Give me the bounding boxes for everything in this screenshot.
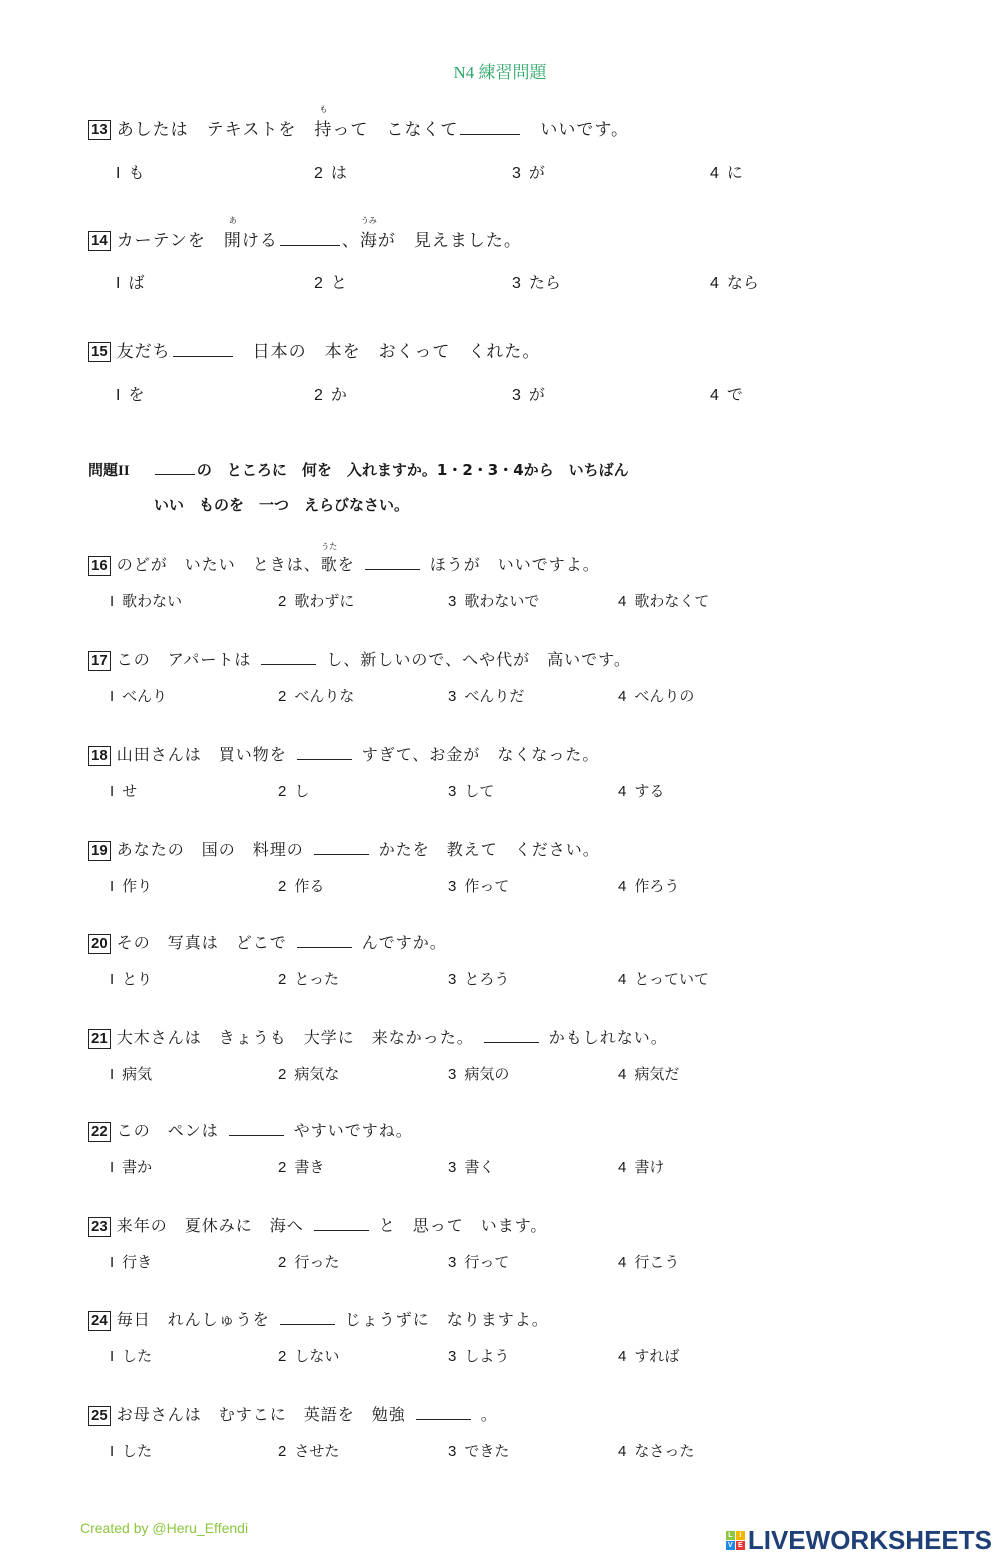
- option-label: 行った: [294, 1253, 339, 1271]
- option-4[interactable]: 4歌わなくて: [618, 590, 709, 611]
- ruby-word: あ開: [224, 226, 242, 251]
- creator-credit: Created by @Heru_Effendi: [80, 1520, 248, 1536]
- instruction-text: の ところに 何を 入れますか。1・2・3・4から いちばん: [197, 461, 629, 479]
- option-number: I: [110, 783, 114, 800]
- section-label: 問題II: [88, 463, 130, 479]
- option-label: 病気だ: [634, 1065, 679, 1083]
- logo-letter: I: [736, 1531, 745, 1540]
- logo-text: LIVEWORKSHEETS: [748, 1525, 992, 1556]
- option-number: I: [110, 1443, 114, 1460]
- option-number: I: [110, 971, 114, 988]
- option-1[interactable]: I作り: [110, 875, 152, 896]
- option-label: とった: [294, 970, 339, 988]
- option-3[interactable]: 3書く: [448, 1156, 494, 1177]
- answer-blank[interactable]: [314, 1214, 369, 1231]
- question-19: 19あなたの 国の 料理のかたを 教えて ください。: [88, 837, 600, 867]
- option-2[interactable]: 2しない: [278, 1345, 339, 1366]
- question-number: 15: [88, 342, 111, 362]
- option-number: 4: [618, 688, 626, 705]
- option-4[interactable]: 4作ろう: [618, 875, 679, 896]
- option-3[interactable]: 3病気の: [448, 1063, 509, 1084]
- option-3[interactable]: 3行って: [448, 1251, 509, 1272]
- option-2[interactable]: 2作る: [278, 875, 324, 896]
- option-number: 3: [448, 593, 456, 610]
- option-number: 2: [314, 165, 323, 182]
- option-4[interactable]: 4書け: [618, 1156, 664, 1177]
- option-1[interactable]: Iした: [110, 1440, 152, 1461]
- option-number: 2: [278, 688, 286, 705]
- option-label: とり: [122, 970, 152, 988]
- option-label: しよう: [464, 1347, 509, 1365]
- question-text: かもしれない。: [549, 1028, 668, 1047]
- ruby-word: うた歌: [321, 552, 338, 575]
- option-label: 病気な: [294, 1065, 339, 1083]
- option-number: 3: [512, 275, 521, 292]
- question-text: あなたの 国の 料理の: [117, 840, 304, 859]
- option-2[interactable]: 2し: [278, 780, 309, 801]
- question-text: 日本の 本を おくって くれた。: [235, 342, 541, 362]
- question-text: が 見えました。: [378, 231, 522, 251]
- option-number: 3: [448, 1443, 456, 1460]
- instruction-text-line2: いい ものを 一つ えらびなさい。: [88, 494, 629, 516]
- option-number: I: [116, 165, 120, 182]
- question-text: んですか。: [362, 933, 447, 952]
- option-1[interactable]: Iした: [110, 1345, 152, 1366]
- option-label: 歌わなくて: [634, 592, 709, 610]
- question-text: し、新しいので、へや代が 高いです。: [326, 650, 630, 669]
- option-label: できた: [464, 1442, 509, 1460]
- option-number: 3: [448, 1159, 456, 1176]
- ruby-word: うみ海: [360, 226, 378, 251]
- answer-blank[interactable]: [314, 838, 369, 855]
- option-number: 2: [278, 971, 286, 988]
- question-text: この ペンは: [117, 1121, 219, 1140]
- option-3[interactable]: 3が: [512, 160, 545, 183]
- question-24: 24毎日 れんしゅうをじょうずに なりますよ。: [88, 1307, 549, 1337]
- option-1[interactable]: Iとり: [110, 968, 152, 989]
- option-number: 2: [314, 387, 323, 404]
- option-label: 書く: [464, 1158, 494, 1176]
- option-2[interactable]: 2書き: [278, 1156, 324, 1177]
- option-label: 行こう: [634, 1253, 679, 1271]
- ruby-word: も持: [314, 115, 332, 140]
- option-label: か: [331, 385, 347, 404]
- options-20: Iとり2とった3とろう4とっていて: [88, 968, 808, 994]
- logo-letter: E: [736, 1541, 745, 1550]
- option-3[interactable]: 3が: [512, 382, 545, 405]
- option-number: 3: [448, 783, 456, 800]
- option-number: 2: [278, 783, 286, 800]
- option-2[interactable]: 2と: [314, 270, 347, 293]
- option-4[interactable]: 4病気だ: [618, 1063, 679, 1084]
- option-number: 4: [618, 1443, 626, 1460]
- options-24: Iした2しない3しよう4すれば: [88, 1345, 808, 1371]
- option-3[interactable]: 3できた: [448, 1440, 509, 1461]
- question-number: 17: [88, 651, 111, 671]
- option-3[interactable]: 3たら: [512, 270, 561, 293]
- options-16: I歌わない2歌わずに3歌わないで4歌わなくて: [88, 590, 808, 616]
- option-3[interactable]: 3とろう: [448, 968, 509, 989]
- option-number: I: [116, 387, 120, 404]
- question-text: すぎて、お金が なくなった。: [362, 745, 600, 764]
- option-number: 3: [448, 971, 456, 988]
- question-number: 23: [88, 1217, 111, 1237]
- options-19: I作り2作る3作って4作ろう: [88, 875, 808, 901]
- options-18: Iせ2し3して4する: [88, 780, 808, 806]
- option-label: が: [529, 163, 545, 182]
- option-4[interactable]: 4に: [710, 160, 743, 183]
- option-label: とろう: [464, 970, 509, 988]
- question-text: ける: [242, 231, 278, 251]
- option-1[interactable]: Iを: [116, 382, 144, 405]
- option-number: 4: [710, 387, 719, 404]
- options-14: Iば 2と 3たら 4なら: [88, 270, 808, 296]
- answer-blank[interactable]: [297, 743, 352, 760]
- answer-blank[interactable]: [280, 229, 340, 246]
- question-text: カーテンを: [117, 231, 224, 251]
- option-label: させた: [294, 1442, 339, 1460]
- question-text: 毎日 れんしゅうを: [117, 1310, 270, 1329]
- option-1[interactable]: Iべんり: [110, 685, 167, 706]
- option-label: は: [331, 163, 347, 182]
- option-number: I: [110, 688, 114, 705]
- option-number: I: [110, 878, 114, 895]
- question-20: 20その 写真は どこでんですか。: [88, 930, 447, 960]
- question-text: その 写真は どこで: [117, 933, 287, 952]
- question-23: 23来年の 夏休みに 海へと 思って います。: [88, 1213, 547, 1243]
- option-label: べんりだ: [464, 687, 524, 705]
- logo-letter: L: [726, 1531, 735, 1540]
- option-label: も: [128, 163, 144, 182]
- page-title: N4 練習問題: [0, 58, 1000, 83]
- question-15: 15友だち 日本の 本を おくって くれた。: [88, 337, 540, 367]
- option-number: 3: [512, 165, 521, 182]
- answer-blank[interactable]: [173, 340, 233, 357]
- question-14: 14カーテンを あ開ける、うみ海が 見えました。: [88, 226, 522, 256]
- option-number: 2: [278, 593, 286, 610]
- option-number: 4: [618, 783, 626, 800]
- option-number: 4: [618, 1066, 626, 1083]
- logo-icon: L I V E: [726, 1531, 745, 1550]
- option-number: I: [110, 593, 114, 610]
- option-number: 3: [448, 688, 456, 705]
- option-4[interactable]: 4なさった: [618, 1440, 694, 1461]
- option-label: が: [529, 385, 545, 404]
- option-label: 作り: [122, 877, 152, 895]
- logo-letter: V: [726, 1541, 735, 1550]
- options-25: Iした2させた3できた4なさった: [88, 1440, 808, 1466]
- section-instruction: 問題II の ところに 何を 入れますか。1・2・3・4から いちばん いい も…: [88, 458, 629, 516]
- option-label: 歌わない: [122, 592, 182, 610]
- question-text: 大木さんは きょうも 大学に 来なかった。: [117, 1028, 474, 1047]
- question-number: 19: [88, 841, 111, 861]
- option-number: I: [110, 1159, 114, 1176]
- option-label: 病気の: [464, 1065, 509, 1083]
- option-label: する: [634, 782, 664, 800]
- option-3[interactable]: 3べんりだ: [448, 685, 524, 706]
- option-label: なら: [727, 273, 759, 292]
- option-3[interactable]: 3作って: [448, 875, 509, 896]
- question-18: 18山田さんは 買い物をすぎて、お金が なくなった。: [88, 742, 599, 772]
- option-label: 作ろう: [634, 877, 679, 895]
- answer-blank[interactable]: [261, 648, 316, 665]
- options-21: I病気2病気な3病気の4病気だ: [88, 1063, 808, 1089]
- option-label: たら: [529, 273, 561, 292]
- answer-blank[interactable]: [280, 1308, 335, 1325]
- question-text: 。: [481, 1405, 498, 1424]
- option-2[interactable]: 2か: [314, 382, 347, 405]
- question-text: 来年の 夏休みに 海へ: [117, 1216, 304, 1235]
- option-3[interactable]: 3して: [448, 780, 494, 801]
- option-4[interactable]: 4なら: [710, 270, 759, 293]
- question-text: 山田さんは 買い物を: [117, 745, 287, 764]
- options-13: Iも 2は 3が 4に: [88, 160, 808, 186]
- answer-blank[interactable]: [365, 553, 420, 570]
- option-4[interactable]: 4する: [618, 780, 664, 801]
- option-number: 4: [618, 1348, 626, 1365]
- question-text: 、: [342, 231, 360, 251]
- furigana: も: [314, 104, 332, 115]
- question-text: を: [338, 555, 355, 574]
- question-17: 17この アパートはし、新しいので、へや代が 高いです。: [88, 647, 631, 677]
- option-number: 4: [618, 878, 626, 895]
- option-number: 4: [618, 971, 626, 988]
- question-number: 14: [88, 231, 111, 251]
- question-text: ほうが いいですよ。: [430, 555, 600, 574]
- option-4[interactable]: 4べんりの: [618, 685, 694, 706]
- option-label: べんりの: [634, 687, 694, 705]
- option-4[interactable]: 4すれば: [618, 1345, 679, 1366]
- question-16: 16のどが いたい ときは、うた歌をほうが いいですよ。: [88, 552, 600, 582]
- option-label: 書け: [634, 1158, 664, 1176]
- question-number: 13: [88, 120, 111, 140]
- question-22: 22この ペンはやすいですね。: [88, 1118, 413, 1148]
- option-number: 2: [278, 1348, 286, 1365]
- option-1[interactable]: Iせ: [110, 780, 137, 801]
- option-label: 書か: [122, 1158, 152, 1176]
- option-label: で: [727, 385, 743, 404]
- option-3[interactable]: 3しよう: [448, 1345, 509, 1366]
- option-number: I: [110, 1348, 114, 1365]
- question-number: 18: [88, 746, 111, 766]
- option-label: に: [727, 163, 743, 182]
- option-label: ば: [128, 273, 144, 292]
- option-1[interactable]: Iも: [116, 160, 144, 183]
- option-2[interactable]: 2行った: [278, 1251, 339, 1272]
- kanji: 海: [360, 231, 378, 251]
- answer-blank[interactable]: [229, 1119, 284, 1136]
- option-number: I: [110, 1254, 114, 1271]
- kanji: 持: [314, 120, 332, 140]
- question-text: 友だち: [117, 342, 171, 362]
- instruction-blank: [155, 458, 195, 475]
- question-text: いいです。: [522, 120, 629, 140]
- option-number: 2: [278, 1443, 286, 1460]
- answer-blank[interactable]: [297, 931, 352, 948]
- question-number: 20: [88, 934, 111, 954]
- question-13: 13あしたは テキストを も持って こなくて いいです。: [88, 115, 629, 145]
- option-1[interactable]: I書か: [110, 1156, 152, 1177]
- option-label: しない: [294, 1347, 339, 1365]
- option-number: 2: [314, 275, 323, 292]
- options-17: Iべんり2べんりな3べんりだ4べんりの: [88, 685, 808, 711]
- option-1[interactable]: I病気: [110, 1063, 152, 1084]
- kanji: 開: [224, 231, 242, 251]
- option-number: 3: [448, 878, 456, 895]
- option-3[interactable]: 3歌わないで: [448, 590, 539, 611]
- option-label: べんりな: [294, 687, 354, 705]
- option-2[interactable]: 2べんりな: [278, 685, 354, 706]
- question-text: あしたは テキストを: [117, 120, 315, 140]
- option-label: した: [122, 1442, 152, 1460]
- option-label: せ: [122, 782, 137, 800]
- question-text: この アパートは: [117, 650, 252, 669]
- option-label: 作る: [294, 877, 324, 895]
- option-label: なさった: [634, 1442, 694, 1460]
- question-text: やすいですね。: [294, 1121, 413, 1140]
- answer-blank[interactable]: [416, 1403, 471, 1420]
- furigana: あ: [224, 215, 242, 226]
- option-1[interactable]: I行き: [110, 1251, 152, 1272]
- option-label: 書き: [294, 1158, 324, 1176]
- option-2[interactable]: 2とった: [278, 968, 339, 989]
- option-number: 3: [512, 387, 521, 404]
- option-label: し: [294, 782, 309, 800]
- option-number: 4: [710, 165, 719, 182]
- options-15: Iを 2か 3が 4で: [88, 382, 808, 408]
- option-number: 2: [278, 1159, 286, 1176]
- option-label: を: [128, 385, 144, 404]
- option-4[interactable]: 4で: [710, 382, 743, 405]
- option-label: 歌わずに: [294, 592, 354, 610]
- options-22: I書か2書き3書く4書け: [88, 1156, 808, 1182]
- liveworksheets-logo[interactable]: L I V E LIVEWORKSHEETS: [726, 1525, 992, 1556]
- question-21: 21大木さんは きょうも 大学に 来なかった。かもしれない。: [88, 1025, 668, 1055]
- option-number: 4: [618, 1254, 626, 1271]
- question-text: じょうずに なりますよ。: [345, 1310, 549, 1329]
- question-number: 25: [88, 1406, 111, 1426]
- option-2[interactable]: 2病気な: [278, 1063, 339, 1084]
- option-number: I: [110, 1066, 114, 1083]
- option-label: べんり: [122, 687, 167, 705]
- option-1[interactable]: I歌わない: [110, 590, 182, 611]
- option-label: 歌わないで: [464, 592, 539, 610]
- question-text: と 思って います。: [379, 1216, 548, 1235]
- question-number: 22: [88, 1122, 111, 1142]
- question-text: って こなくて: [332, 120, 458, 140]
- question-number: 21: [88, 1029, 111, 1049]
- option-number: 4: [618, 593, 626, 610]
- question-number: 24: [88, 1311, 111, 1331]
- question-text: かたを 教えて ください。: [379, 840, 600, 859]
- question-number: 16: [88, 556, 111, 576]
- furigana: うた: [321, 541, 338, 552]
- option-4[interactable]: 4とっていて: [618, 968, 709, 989]
- option-label: 行って: [464, 1253, 509, 1271]
- option-label: 病気: [122, 1065, 152, 1083]
- option-number: 4: [710, 275, 719, 292]
- option-number: I: [116, 275, 120, 292]
- question-25: 25お母さんは むすこに 英語を 勉強。: [88, 1402, 498, 1432]
- option-2[interactable]: 2は: [314, 160, 347, 183]
- option-label: とっていて: [634, 970, 709, 988]
- option-2[interactable]: 2歌わずに: [278, 590, 354, 611]
- option-label: すれば: [634, 1347, 679, 1365]
- question-text: お母さんは むすこに 英語を 勉強: [117, 1405, 406, 1424]
- option-1[interactable]: Iば: [116, 270, 144, 293]
- option-number: 2: [278, 1254, 286, 1271]
- option-number: 3: [448, 1066, 456, 1083]
- option-label: 行き: [122, 1253, 152, 1271]
- option-label: した: [122, 1347, 152, 1365]
- option-number: 3: [448, 1348, 456, 1365]
- option-label: と: [331, 273, 347, 292]
- answer-blank[interactable]: [460, 118, 520, 135]
- option-4[interactable]: 4行こう: [618, 1251, 679, 1272]
- option-2[interactable]: 2させた: [278, 1440, 339, 1461]
- question-text: のどが いたい ときは、: [117, 555, 321, 574]
- option-label: 作って: [464, 877, 509, 895]
- answer-blank[interactable]: [484, 1026, 539, 1043]
- option-number: 2: [278, 1066, 286, 1083]
- option-number: 2: [278, 878, 286, 895]
- furigana: うみ: [360, 215, 378, 226]
- option-number: 3: [448, 1254, 456, 1271]
- kanji: 歌: [321, 555, 338, 574]
- option-number: 4: [618, 1159, 626, 1176]
- options-23: I行き2行った3行って4行こう: [88, 1251, 808, 1277]
- option-label: して: [464, 782, 494, 800]
